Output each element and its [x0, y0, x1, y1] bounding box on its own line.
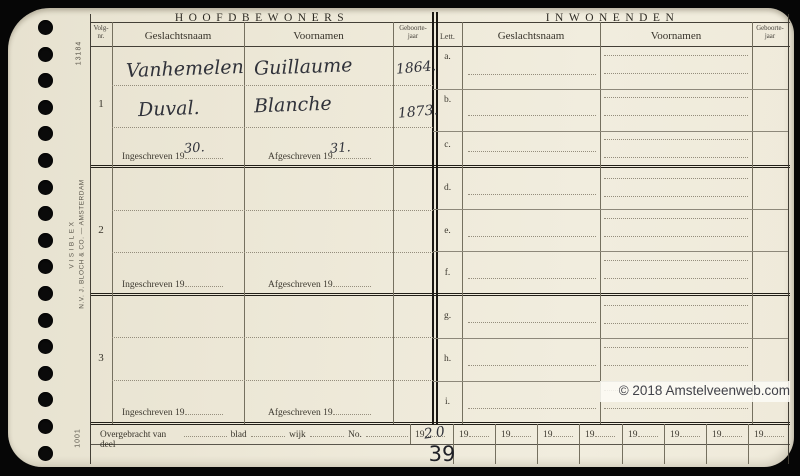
row-border: [433, 338, 788, 339]
row-number-1: 1: [90, 98, 112, 110]
row-border: [433, 89, 788, 90]
dotted-blank: [333, 406, 371, 415]
rule-vertical: [622, 424, 623, 464]
rule-vertical: [393, 22, 394, 424]
writing-line: [604, 323, 748, 324]
rule-horizontal: [90, 46, 790, 47]
punch-hole: [38, 392, 53, 407]
ingeschreven-label-row2: Ingeschreven 19: [122, 278, 223, 290]
ingeschreven-text: Ingeschreven 19: [122, 152, 185, 162]
letter-row-i: i.: [433, 397, 462, 407]
letter-row-h: h.: [433, 354, 462, 364]
writing-line: [604, 278, 748, 279]
letter-row-f: f.: [433, 268, 462, 278]
writing-line: [604, 365, 748, 366]
punch-hole: [38, 233, 53, 248]
ingeschreven-label-row3: Ingeschreven 19: [122, 406, 223, 418]
writing-line: [604, 157, 748, 158]
writing-line: [468, 322, 596, 323]
handwritten-afgeschreven-year: 31.: [330, 140, 352, 156]
writing-line: [112, 380, 433, 381]
year-cell: 19: [754, 428, 784, 440]
rule-vertical: [664, 424, 665, 464]
rule-vertical: [112, 22, 113, 424]
brand-name: VISIBLEX: [67, 179, 77, 308]
punch-hole: [38, 73, 53, 88]
year-prefix: 19: [754, 430, 764, 440]
no-label: No.: [348, 430, 362, 440]
dotted-blank: [366, 428, 408, 437]
ingeschreven-text: Ingeschreven 19: [122, 280, 185, 290]
afgeschreven-label-row3: Afgeschreven 19: [268, 406, 371, 418]
punch-hole: [38, 419, 53, 434]
punch-hole: [38, 339, 53, 354]
writing-line: [112, 127, 433, 128]
wijk-label: wijk: [289, 430, 306, 440]
punch-hole: [38, 126, 53, 141]
year-cell: 19: [712, 428, 742, 440]
year-prefix: 19: [628, 430, 638, 440]
rule-vertical: [752, 22, 753, 424]
rule-heavy: [90, 165, 790, 168]
watermark-text: © 2018 Amstelveenweb.com: [568, 383, 790, 398]
afgeschreven-text: Afgeschreven 19: [268, 280, 333, 290]
geboortejaar-line1: Geboorte-: [393, 25, 433, 33]
year-cell: 19: [628, 428, 658, 440]
dotted-blank: [722, 428, 742, 437]
writing-line: [112, 252, 433, 253]
row-number-3: 3: [90, 352, 112, 364]
writing-line: [468, 278, 596, 279]
dotted-blank: [764, 428, 784, 437]
geboortejaar-line1: Geboorte-: [752, 25, 788, 33]
transfer-label: Overgebracht van deel: [100, 430, 180, 450]
writing-line: [604, 178, 748, 179]
rule-vertical: [244, 22, 245, 424]
punch-hole: [38, 180, 53, 195]
column-header-geslachtsnaam-right: Geslachtsnaam: [462, 30, 600, 42]
writing-line: [604, 55, 748, 56]
card-stock-number-top: 13184: [76, 41, 83, 65]
year-prefix: 19: [543, 430, 553, 440]
writing-line: [604, 196, 748, 197]
punch-hole: [38, 259, 53, 274]
writing-line: [468, 115, 596, 116]
scan-background: 13184 VISIBLEX N.V. J. BLOCH & CO. — AMS…: [0, 0, 800, 476]
dotted-blank: [185, 406, 223, 415]
punch-hole: [38, 313, 53, 328]
rule-vertical: [579, 424, 580, 464]
punch-hole: [38, 153, 53, 168]
column-header-lett: Lett.: [433, 32, 462, 41]
dotted-blank: [511, 428, 531, 437]
row-number-2: 2: [90, 224, 112, 236]
rule-horizontal: [90, 22, 790, 23]
punch-hole: [38, 446, 53, 461]
year-cell: 19: [670, 428, 700, 440]
dotted-blank: [333, 278, 371, 287]
year-prefix: 19: [585, 430, 595, 440]
letter-row-e: e.: [433, 226, 462, 236]
letter-row-c: c.: [433, 140, 462, 150]
handwritten-surname-2: Duval.: [138, 97, 200, 121]
writing-line: [604, 73, 748, 74]
geboortejaar-line2: jaar: [393, 33, 433, 41]
writing-line: [468, 151, 596, 152]
handwritten-birthyear-1: 1864.: [395, 58, 436, 77]
handwritten-firstname-2: Blanche: [254, 93, 332, 118]
dotted-blank: [595, 428, 615, 437]
dotted-blank: [310, 428, 345, 437]
letter-row-a: a.: [433, 52, 462, 62]
card-stock-number-bottom: 1001: [75, 428, 82, 448]
writing-line: [112, 85, 433, 86]
writing-line: [604, 347, 748, 348]
registration-card: 13184 VISIBLEX N.V. J. BLOCH & CO. — AMS…: [8, 8, 794, 467]
year-cell: 19: [585, 428, 615, 440]
ingeschreven-text: Ingeschreven 19: [122, 408, 185, 418]
column-header-volgnr-line2: nr.: [90, 33, 112, 41]
rule-vertical: [410, 424, 411, 444]
blad-label: blad: [231, 430, 247, 440]
handwritten-firstname-1: Guillaume: [254, 54, 353, 79]
rule-vertical: [537, 424, 538, 464]
dotted-blank: [251, 428, 286, 437]
rule-vertical: [462, 22, 463, 424]
column-header-voornamen-left: Voornamen: [244, 30, 393, 42]
column-header-volgnr-line1: Volg-: [90, 25, 112, 33]
writing-line: [604, 408, 748, 409]
writing-line: [604, 218, 748, 219]
writing-line: [468, 194, 596, 195]
row-border: [433, 209, 788, 210]
writing-line: [604, 97, 748, 98]
afgeschreven-text: Afgeschreven 19: [268, 152, 333, 162]
dotted-blank: [680, 428, 700, 437]
dotted-blank: [185, 278, 223, 287]
dotted-blank: [638, 428, 658, 437]
year-cell: 19: [543, 428, 573, 440]
ingeschreven-label-row1: Ingeschreven 19: [122, 150, 223, 162]
afgeschreven-text: Afgeschreven 19: [268, 408, 333, 418]
handwritten-surname-1: Vanhemelen: [126, 56, 245, 82]
handwritten-card-number: 39: [422, 442, 462, 466]
column-header-geboortejaar-right: Geboorte- jaar: [752, 25, 788, 42]
writing-line: [604, 305, 748, 306]
year-cell: 19: [459, 428, 489, 440]
punch-hole: [38, 20, 53, 35]
rule-vertical: [495, 424, 496, 464]
dotted-blank: [553, 428, 573, 437]
rule-vertical: [90, 14, 91, 464]
afgeschreven-label-row1: Afgeschreven 19: [268, 150, 371, 162]
writing-line: [604, 236, 748, 237]
writing-line: [468, 236, 596, 237]
writing-line: [468, 365, 596, 366]
rule-heavy: [90, 293, 790, 296]
writing-line: [112, 210, 433, 211]
writing-line: [112, 337, 433, 338]
year-cell: 19: [501, 428, 531, 440]
manufacturer-name: N.V. J. BLOCH & CO. — AMSTERDAM: [77, 179, 87, 308]
punch-hole: [38, 100, 53, 115]
afgeschreven-label-row2: Afgeschreven 19: [268, 278, 371, 290]
year-prefix: 19: [501, 430, 511, 440]
punch-hole: [38, 286, 53, 301]
punch-hole: [38, 206, 53, 221]
letter-row-d: d.: [433, 183, 462, 193]
writing-line: [604, 260, 748, 261]
rule-vertical: [600, 22, 601, 424]
writing-line: [604, 139, 748, 140]
punch-hole: [38, 366, 53, 381]
letter-row-g: g.: [433, 311, 462, 321]
punch-hole: [38, 47, 53, 62]
rule-vertical: [748, 424, 749, 464]
transfer-row: Overgebracht van deelbladwijkNo.: [100, 428, 408, 450]
dotted-blank: [469, 428, 489, 437]
manufacturer-imprint: VISIBLEX N.V. J. BLOCH & CO. — AMSTERDAM: [67, 179, 87, 308]
year-prefix: 19: [459, 430, 469, 440]
year-prefix: 19: [712, 430, 722, 440]
column-header-volgnr: Volg- nr.: [90, 25, 112, 42]
rule-vertical: [706, 424, 707, 464]
dotted-blank: [184, 428, 226, 437]
year-prefix: 19: [670, 430, 680, 440]
handwritten-transfer-year: 20: [423, 423, 449, 442]
row-border: [433, 251, 788, 252]
writing-line: [468, 74, 596, 75]
handwritten-ingeschreven-year: 30.: [184, 140, 206, 156]
geboortejaar-line2: jaar: [752, 33, 788, 41]
writing-line: [604, 115, 748, 116]
writing-line: [468, 408, 596, 409]
column-header-voornamen-right: Voornamen: [600, 30, 752, 42]
column-header-geboortejaar-left: Geboorte- jaar: [393, 25, 433, 42]
column-header-geslachtsnaam-left: Geslachtsnaam: [112, 30, 244, 42]
row-border: [433, 131, 788, 132]
